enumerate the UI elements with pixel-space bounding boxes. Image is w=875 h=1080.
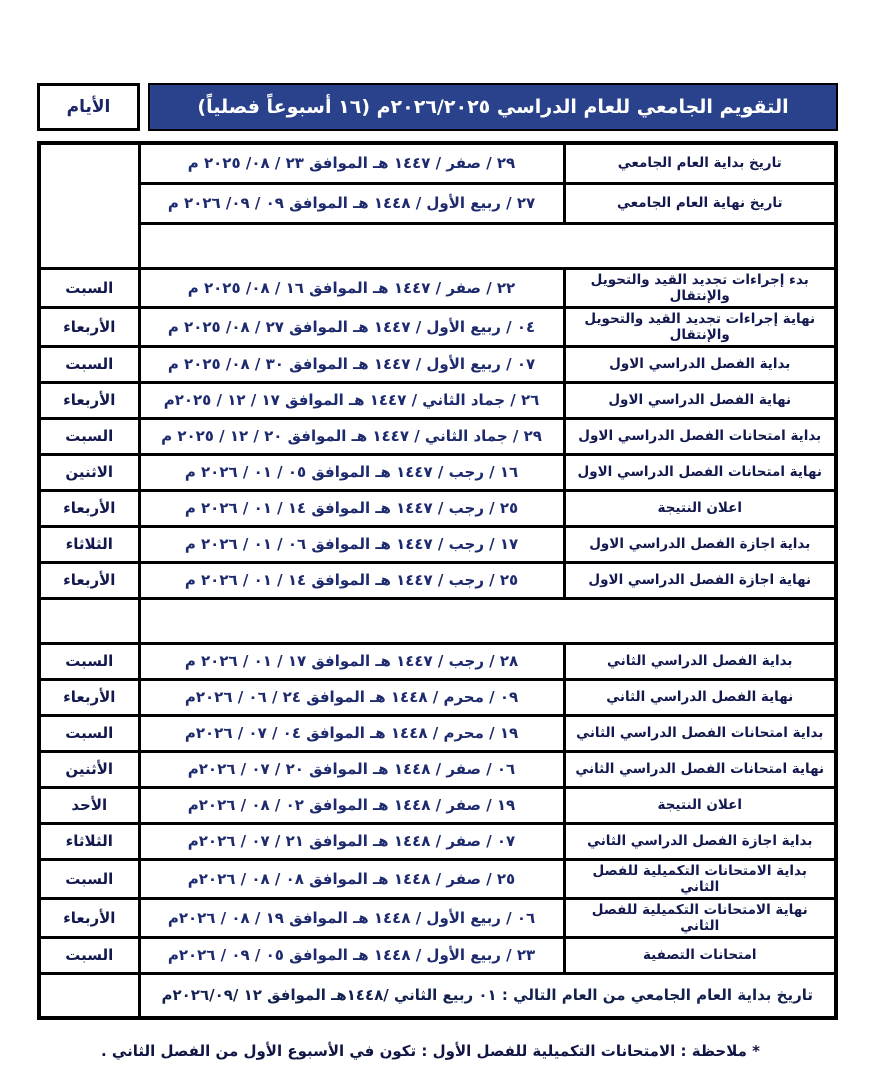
- date-cell: ٢٩ / صفر / ١٤٤٧ هـ الموافق ٢٣ / ٠٨/ ٢٠٢٥…: [139, 143, 564, 183]
- calendar-table: تاريخ بداية العام الجامعي ٢٩ / صفر / ١٤٤…: [37, 141, 838, 1020]
- event-label: امتحانات التصفية: [564, 937, 836, 973]
- date-cell: ٠٧ / صفر / ١٤٤٨ هـ الموافق ٢١ / ٠٧ / ٢٠٢…: [139, 823, 564, 859]
- table-row: بداية الفصل الدراسي الثاني ٢٨ / رجب / ١٤…: [39, 643, 836, 679]
- event-label: بداية اجازة الفصل الدراسي الثاني: [564, 823, 836, 859]
- day-cell: السبت: [39, 346, 139, 382]
- day-cell: الأربعاء: [39, 490, 139, 526]
- next-year-start-row: تاريخ بداية العام الجامعي من العام التال…: [39, 973, 836, 1018]
- date-cell: ٢٥ / رجب / ١٤٤٧ هـ الموافق ١٤ / ٠١ / ٢٠٢…: [139, 490, 564, 526]
- page-title: التقويم الجامعي للعام الدراسي ٢٠٢٦/٢٠٢٥م…: [148, 83, 838, 131]
- event-label: بداية امتحانات الفصل الدراسي الثاني: [564, 715, 836, 751]
- date-cell: ٢٥ / صفر / ١٤٤٨ هـ الموافق ٠٨ / ٠٨ / ٢٠٢…: [139, 859, 564, 898]
- date-cell: ٠٧ / ربيع الأول / ١٤٤٧ هـ الموافق ٣٠ / ٠…: [139, 346, 564, 382]
- day-cell: السبت: [39, 715, 139, 751]
- date-cell: ٠٤ / ربيع الأول / ١٤٤٧ هـ الموافق ٢٧ / ٠…: [139, 307, 564, 346]
- date-cell: ١٧ / رجب / ١٤٤٧ هـ الموافق ٠٦ / ٠١ / ٢٠٢…: [139, 526, 564, 562]
- event-label: اعلان النتيجة: [564, 490, 836, 526]
- table-row: بداية امتحانات الفصل الدراسي الثاني ١٩ /…: [39, 715, 836, 751]
- table-row: اعلان النتيجة ١٩ / صفر / ١٤٤٨ هـ الموافق…: [39, 787, 836, 823]
- day-cell: الأثنين: [39, 751, 139, 787]
- event-label: نهاية امتحانات الفصل الدراسي الثاني: [564, 751, 836, 787]
- day-cell: الاثنين: [39, 454, 139, 490]
- event-label: نهاية الفصل الدراسي الثاني: [564, 679, 836, 715]
- event-label: بداية الفصل الدراسي الثاني: [564, 643, 836, 679]
- date-cell: ٠٦ / صفر / ١٤٤٨ هـ الموافق ٢٠ / ٠٧ / ٢٠٢…: [139, 751, 564, 787]
- day-cell: السبت: [39, 268, 139, 307]
- day-cell: الأربعاء: [39, 307, 139, 346]
- days-column-header: الأيام: [37, 83, 140, 131]
- event-label: بداية الامتحانات التكميلية للفصل الثاني: [564, 859, 836, 898]
- table-row: بداية الامتحانات التكميلية للفصل الثاني …: [39, 859, 836, 898]
- date-cell: ٠٦ / ربيع الأول / ١٤٤٨ هـ الموافق ١٩ / ٠…: [139, 898, 564, 937]
- event-label: بداية الفصل الدراسي الاول: [564, 346, 836, 382]
- event-label: بداية اجازة الفصل الدراسي الاول: [564, 526, 836, 562]
- date-cell: ٢٢ / صفر / ١٤٤٧ هـ الموافق ١٦ / ٠٨/ ٢٠٢٥…: [139, 268, 564, 307]
- table-row: نهاية الفصل الدراسي الثاني ٠٩ / محرم / ١…: [39, 679, 836, 715]
- day-cell: الأربعاء: [39, 679, 139, 715]
- event-label: تاريخ نهاية العام الجامعي: [564, 183, 836, 223]
- date-cell: ٢٥ / رجب / ١٤٤٧ هـ الموافق ١٤ / ٠١ / ٢٠٢…: [139, 562, 564, 598]
- semester1-header-row: اسم الفصل الداسي : الفصل الأول: [39, 223, 836, 268]
- date-cell: ٢٩ / جماد الثاني / ١٤٤٧ هـ الموافق ٢٠ / …: [139, 418, 564, 454]
- day-cell-empty: [39, 143, 139, 268]
- table-row: تاريخ بداية العام الجامعي ٢٩ / صفر / ١٤٤…: [39, 143, 836, 183]
- semester2-header-row: اسم الفصل الداسي : الفصل الثاني: [39, 598, 836, 643]
- day-cell: السبت: [39, 418, 139, 454]
- event-label: نهاية الامتحانات التكميلية للفصل الثاني: [564, 898, 836, 937]
- date-cell: ١٩ / محرم / ١٤٤٨ هـ الموافق ٠٤ / ٠٧ / ٢٠…: [139, 715, 564, 751]
- day-cell: الثلاثاء: [39, 526, 139, 562]
- event-label: بداية امتحانات الفصل الدراسي الاول: [564, 418, 836, 454]
- date-cell: ٠٩ / محرم / ١٤٤٨ هـ الموافق ٢٤ / ٠٦ / ٢٠…: [139, 679, 564, 715]
- day-cell: السبت: [39, 937, 139, 973]
- table-row: بداية اجازة الفصل الدراسي الثاني ٠٧ / صف…: [39, 823, 836, 859]
- date-cell: ٢٣ / ربيع الأول / ١٤٤٨ هـ الموافق ٠٥ / ٠…: [139, 937, 564, 973]
- table-row: امتحانات التصفية ٢٣ / ربيع الأول / ١٤٤٨ …: [39, 937, 836, 973]
- event-label: تاريخ بداية العام الجامعي: [564, 143, 836, 183]
- semester1-header: اسم الفصل الداسي : الفصل الأول: [139, 223, 836, 268]
- table-row: نهاية الفصل الدراسي الاول ٢٦ / جماد الثا…: [39, 382, 836, 418]
- academic-calendar-page: التقويم الجامعي للعام الدراسي ٢٠٢٦/٢٠٢٥م…: [0, 0, 875, 1060]
- table-row: اعلان النتيجة ٢٥ / رجب / ١٤٤٧ هـ الموافق…: [39, 490, 836, 526]
- table-row: نهاية امتحانات الفصل الدراسي الاول ١٦ / …: [39, 454, 836, 490]
- day-cell: السبت: [39, 643, 139, 679]
- table-row: نهاية إجراءات تجديد القيد والتحويل والإن…: [39, 307, 836, 346]
- table-row: بداية الفصل الدراسي الاول ٠٧ / ربيع الأو…: [39, 346, 836, 382]
- event-label: نهاية امتحانات الفصل الدراسي الاول: [564, 454, 836, 490]
- table-row: نهاية الامتحانات التكميلية للفصل الثاني …: [39, 898, 836, 937]
- day-cell: السبت: [39, 859, 139, 898]
- event-label: نهاية اجازة الفصل الدراسي الاول: [564, 562, 836, 598]
- table-row: بدء إجراءات تجديد القيد والتحويل والإنتق…: [39, 268, 836, 307]
- day-cell-empty: [39, 973, 139, 1018]
- next-year-start-label: تاريخ بداية العام الجامعي من العام التال…: [139, 973, 836, 1018]
- table-row: نهاية امتحانات الفصل الدراسي الثاني ٠٦ /…: [39, 751, 836, 787]
- day-cell: الثلاثاء: [39, 823, 139, 859]
- title-row: التقويم الجامعي للعام الدراسي ٢٠٢٦/٢٠٢٥م…: [37, 83, 838, 131]
- day-cell-empty: [39, 598, 139, 643]
- event-label: نهاية الفصل الدراسي الاول: [564, 382, 836, 418]
- event-label: نهاية إجراءات تجديد القيد والتحويل والإن…: [564, 307, 836, 346]
- date-cell: ٢٦ / جماد الثاني / ١٤٤٧ هـ الموافق ١٧ / …: [139, 382, 564, 418]
- date-cell: ١٦ / رجب / ١٤٤٧ هـ الموافق ٠٥ / ٠١ / ٢٠٢…: [139, 454, 564, 490]
- day-cell: الأربعاء: [39, 382, 139, 418]
- event-label: اعلان النتيجة: [564, 787, 836, 823]
- date-cell: ١٩ / صفر / ١٤٤٨ هـ الموافق ٠٢ / ٠٨ / ٢٠٢…: [139, 787, 564, 823]
- table-row: نهاية اجازة الفصل الدراسي الاول ٢٥ / رجب…: [39, 562, 836, 598]
- footnote: * ملاحظة : الامتحانات التكميلية للفصل ال…: [37, 1042, 760, 1060]
- date-cell: ٢٧ / ربيع الأول / ١٤٤٨ هـ الموافق ٠٩ / ٠…: [139, 183, 564, 223]
- day-cell: الأربعاء: [39, 562, 139, 598]
- table-row: بداية اجازة الفصل الدراسي الاول ١٧ / رجب…: [39, 526, 836, 562]
- day-cell: الأربعاء: [39, 898, 139, 937]
- event-label: بدء إجراءات تجديد القيد والتحويل والإنتق…: [564, 268, 836, 307]
- semester2-header: اسم الفصل الداسي : الفصل الثاني: [139, 598, 836, 643]
- table-row: بداية امتحانات الفصل الدراسي الاول ٢٩ / …: [39, 418, 836, 454]
- date-cell: ٢٨ / رجب / ١٤٤٧ هـ الموافق ١٧ / ٠١ / ٢٠٢…: [139, 643, 564, 679]
- day-cell: الأحد: [39, 787, 139, 823]
- table-row: تاريخ نهاية العام الجامعي ٢٧ / ربيع الأو…: [39, 183, 836, 223]
